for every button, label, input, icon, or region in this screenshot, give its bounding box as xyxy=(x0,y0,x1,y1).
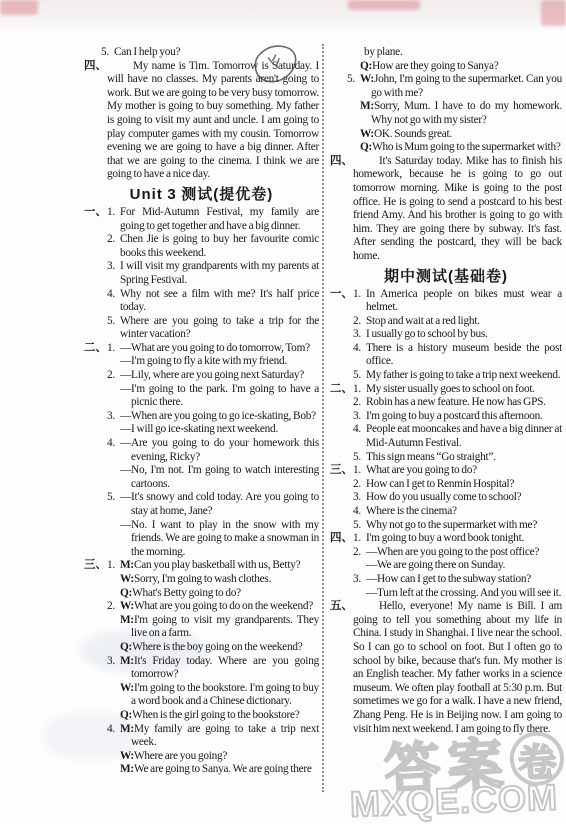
answer-line: —When are you going to the post office? xyxy=(366,546,562,560)
answer-line: My father is going to take a trip next w… xyxy=(366,369,562,383)
answer-item: 5.My father is going to take a trip next… xyxy=(353,369,562,383)
exam-section-title: 期中测试(基础卷) xyxy=(330,267,562,286)
answer-line: W:Sorry, I'm going to wash clothes. xyxy=(120,573,319,587)
answer-item: 1.In America people on bikes must wear a… xyxy=(353,288,562,315)
item-number: 1. xyxy=(353,464,361,478)
right-column: by plane.Q:How are they going to Sanya?5… xyxy=(330,46,562,736)
answer-line: —I'm going to the park. I'm going to hav… xyxy=(120,383,319,410)
answer-line: —We are going there on Sunday. xyxy=(366,559,562,573)
item-number: 2. xyxy=(353,396,361,410)
item-number: 3. xyxy=(353,328,361,342)
item-number: 5. xyxy=(107,315,115,329)
answer-line: Why not see a film with me? It's half pr… xyxy=(120,288,319,315)
answer-line: Q:When is the girl going to the bookstor… xyxy=(120,709,319,723)
speaker-label: W: xyxy=(120,682,134,694)
red-mark xyxy=(348,0,420,10)
answer-line: People eat mooncakes and have a big dinn… xyxy=(366,423,562,450)
answer-line: —Turn left at the crossing. And you will… xyxy=(366,587,562,601)
passage-text: Hello, everyone! My name is Bill. I am g… xyxy=(353,600,562,736)
speaker-label: M: xyxy=(120,723,134,735)
answer-item: 4.There is a history museum beside the p… xyxy=(353,342,562,369)
answer-line: W:OK. Sounds great. xyxy=(360,128,562,142)
answer-line: In America people on bikes must wear a h… xyxy=(366,288,562,315)
item-number: 1. xyxy=(107,342,115,356)
passage-text: It's Saturday today. Mike has to finish … xyxy=(353,155,562,264)
answer-item: 4.Why not see a film with me? It's half … xyxy=(107,288,319,315)
site-watermark: MXQE.COM xyxy=(349,776,558,824)
answer-item: 2.Chen Jie is going to buy her favourite… xyxy=(107,233,319,260)
item-number: 4. xyxy=(353,342,361,356)
answer-line: I'm going to buy a postcard this afterno… xyxy=(366,410,562,424)
answer-item: 5.Where are you going to take a trip for… xyxy=(107,315,319,342)
section-marker: 二、 xyxy=(330,383,353,397)
item-number: 5. xyxy=(353,519,361,533)
answer-items: 1.M:Can you play basketball with us, Bet… xyxy=(107,559,319,777)
item-number: 4. xyxy=(107,288,115,302)
item-number: 3. xyxy=(353,410,361,424)
left-column: 5.Can I help you?四、My name is Tim. Tomor… xyxy=(84,46,319,777)
answer-line: Q:Where is the boy going on the weekend? xyxy=(120,641,319,655)
item-number: 5. xyxy=(353,451,361,465)
answers-section: 三、1.M:Can you play basketball with us, B… xyxy=(84,559,319,777)
answer-line: Where are you going to take a trip for t… xyxy=(120,315,319,342)
answer-line: W:What are you going to do on the weeken… xyxy=(120,600,319,614)
item-number: 2. xyxy=(107,233,115,247)
answer-line: Stop and wait at a red light. xyxy=(366,315,562,329)
section-marker: 五、 xyxy=(330,600,353,614)
item-number: 3. xyxy=(353,491,361,505)
answer-item: 5.—It's snowy and cold today. Are you go… xyxy=(107,491,319,559)
answer-line: —Lily, where are you going next Saturday… xyxy=(120,369,319,383)
speaker-label: Q: xyxy=(360,60,372,72)
passage-block: 五、Hello, everyone! My name is Bill. I am… xyxy=(330,600,562,736)
answer-line: M:My family are going to take a trip nex… xyxy=(120,723,319,750)
answer-line: M:We are going to Sanya. We are going th… xyxy=(120,763,319,777)
answer-line: How can I get to Renmin Hospital? xyxy=(366,478,562,492)
item-number: 2. xyxy=(353,546,361,560)
answer-line: Q:What's Betty going to do? xyxy=(120,587,319,601)
answer-line: W:I'm going to the bookstore. I'm going … xyxy=(120,682,319,709)
answer-items: 1.In America people on bikes must wear a… xyxy=(353,288,562,383)
answer-item: 2.—Lily, where are you going next Saturd… xyxy=(107,369,319,410)
answer-item: 3.How do you usually come to school? xyxy=(353,491,562,505)
answer-line: —How can I get to the subway station? xyxy=(366,573,562,587)
answer-item: 4.—Are you going to do your homework thi… xyxy=(107,437,319,491)
answer-item: 1.I'm going to buy a word book tonight. xyxy=(353,532,562,546)
answer-line: M:It's Friday today. Where are you going… xyxy=(120,655,319,682)
answers-section: 三、1.What are you going to do?2.How can I… xyxy=(330,464,562,532)
answers-section: 一、1.In America people on bikes must wear… xyxy=(330,288,562,383)
item-number: 5. xyxy=(347,73,355,87)
speaker-label: W: xyxy=(120,750,134,762)
exam-section-title: Unit 3 测试(提优卷) xyxy=(84,185,319,204)
workbook-answer-page: 5.Can I help you?四、My name is Tim. Tomor… xyxy=(0,0,566,824)
item-number: 1. xyxy=(107,206,115,220)
speaker-label: W: xyxy=(360,128,374,140)
answer-line: —No. I want to play in the snow with my … xyxy=(120,519,319,560)
answer-line: W:John, I'm going to the supermarket. Ca… xyxy=(360,73,562,100)
answer-line: For Mid-Autumn Festival, my family are g… xyxy=(120,206,319,233)
answer-line: —I'm going to fly a kite with my friend. xyxy=(120,355,319,369)
answer-item: 2.W:What are you going to do on the week… xyxy=(107,600,319,654)
answer-item: 1.—What are you going to do tomorrow, To… xyxy=(107,342,319,369)
speaker-label: W: xyxy=(120,600,134,612)
answers-section: 一、1.For Mid-Autumn Festival, my family a… xyxy=(84,206,319,342)
column-divider xyxy=(322,44,324,792)
item-number: 2. xyxy=(353,478,361,492)
answer-item: 1.For Mid-Autumn Festival, my family are… xyxy=(107,206,319,233)
item-number: 4. xyxy=(107,723,115,737)
answer-line: —I will go ice-skating next weekend. xyxy=(120,423,319,437)
answer-items: 1.For Mid-Autumn Festival, my family are… xyxy=(107,206,319,342)
answers-section: 四、1.I'm going to buy a word book tonight… xyxy=(330,532,562,600)
answer-item: 4.People eat mooncakes and have a big di… xyxy=(353,423,562,450)
answer-line: W:Where are you going? xyxy=(120,750,319,764)
answer-line: Q:How are they going to Sanya? xyxy=(360,60,562,74)
red-mark xyxy=(0,0,38,15)
answer-line: This sign means “Go straight”. xyxy=(366,451,562,465)
item-number: 5. xyxy=(353,369,361,383)
answer-line: Chen Jie is going to buy her favourite c… xyxy=(120,233,319,260)
section-marker: 三、 xyxy=(84,559,107,573)
answer-item: 3.I'm going to buy a postcard this after… xyxy=(353,410,562,424)
speaker-label: M: xyxy=(120,655,134,667)
answer-item: 1.What are you going to do? xyxy=(353,464,562,478)
answer-item: 3.M:It's Friday today. Where are you goi… xyxy=(107,655,319,723)
item-number: 2. xyxy=(107,600,115,614)
answer-item: 1.M:Can you play basketball with us, Bet… xyxy=(107,559,319,600)
item-number: 3. xyxy=(353,573,361,587)
item-number: 4. xyxy=(353,423,361,437)
red-mark xyxy=(541,0,566,26)
answer-line: M:Sorry, Mum. I have to do my homework. … xyxy=(360,100,562,127)
answer-line: There is a history museum beside the pos… xyxy=(366,342,562,369)
speaker-label: W: xyxy=(360,73,374,85)
section-marker: 四、 xyxy=(330,532,353,546)
item-number: 4. xyxy=(107,437,115,451)
answer-line: I usually go to school by bus. xyxy=(366,328,562,342)
answer-item: 1.My sister usually goes to school on fo… xyxy=(353,383,562,397)
answers-section: 二、1.My sister usually goes to school on … xyxy=(330,383,562,465)
answers-section: 二、1.—What are you going to do tomorrow, … xyxy=(84,342,319,560)
answer-item: 2.—When are you going to the post office… xyxy=(353,546,562,573)
scribble-stamp-icon xyxy=(245,42,303,89)
answer-line: —It's snowy and cold today. Are you goin… xyxy=(120,491,319,518)
answer-items: 1.I'm going to buy a word book tonight.2… xyxy=(353,532,562,600)
item-number: 2. xyxy=(107,369,115,383)
speaker-label: M: xyxy=(120,559,134,571)
speaker-label: Q: xyxy=(120,641,132,653)
item-number: 1. xyxy=(353,532,361,546)
speaker-label: Q: xyxy=(120,709,132,721)
item-number: 3. xyxy=(107,655,115,669)
answer-items: by plane.Q:How are they going to Sanya?5… xyxy=(347,46,562,155)
answer-item: 4.Where is the cinema? xyxy=(353,505,562,519)
answer-line: How do you usually come to school? xyxy=(366,491,562,505)
answer-line: Robin has a new feature. He now has GPS. xyxy=(366,396,562,410)
section-marker: 二、 xyxy=(84,342,107,356)
answer-line: I will visit my grandparents with my par… xyxy=(120,260,319,287)
item-number: 1. xyxy=(353,383,361,397)
answer-item: by plane.Q:How are they going to Sanya? xyxy=(347,46,562,73)
speaker-label: M: xyxy=(120,763,134,775)
item-number: 3. xyxy=(107,260,115,274)
answer-item: 2.How can I get to Renmin Hospital? xyxy=(353,478,562,492)
item-number: 5. xyxy=(101,46,109,60)
answers-section: by plane.Q:How are they going to Sanya?5… xyxy=(330,46,562,155)
answer-line: M:Can you play basketball with us, Betty… xyxy=(120,559,319,573)
answer-item: 4.M:My family are going to take a trip n… xyxy=(107,723,319,777)
speaker-label: M: xyxy=(360,100,374,112)
answer-line: —When are you going to go ice-skating, B… xyxy=(120,410,319,424)
section-marker: 一、 xyxy=(330,288,353,302)
speaker-label: M: xyxy=(120,614,134,626)
item-number: 3. xyxy=(107,410,115,424)
speaker-label: W: xyxy=(120,573,134,585)
speaker-label: Q: xyxy=(360,141,372,153)
answer-items: 1.What are you going to do?2.How can I g… xyxy=(353,464,562,532)
answer-line: My sister usually goes to school on foot… xyxy=(366,383,562,397)
answer-line: —What are you going to do tomorrow, Tom? xyxy=(120,342,319,356)
passage-block: 四、It's Saturday today. Mike has to finis… xyxy=(330,155,562,264)
answer-item: 3.I usually go to school by bus. xyxy=(353,328,562,342)
section-marker: 一、 xyxy=(84,206,107,220)
answer-line: by plane. xyxy=(360,46,562,60)
answer-item: 5.W:John, I'm going to the supermarket. … xyxy=(347,73,562,155)
answer-item: 3.—How can I get to the subway station?—… xyxy=(353,573,562,600)
scan-noise-band xyxy=(0,0,566,34)
item-number: 1. xyxy=(353,288,361,302)
answer-item: 3.—When are you going to go ice-skating,… xyxy=(107,410,319,437)
answer-item: 2.Robin has a new feature. He now has GP… xyxy=(353,396,562,410)
answer-item: 3.I will visit my grandparents with my p… xyxy=(107,260,319,287)
item-number: 4. xyxy=(353,505,361,519)
answer-line: Q:Who is Mum going to the supermarket wi… xyxy=(360,141,562,155)
section-marker: 四、 xyxy=(84,60,107,74)
item-number: 2. xyxy=(353,315,361,329)
answer-items: 1.—What are you going to do tomorrow, To… xyxy=(107,342,319,560)
answer-item: 5.Why not go to the supermarket with me? xyxy=(353,519,562,533)
answer-line: Where is the cinema? xyxy=(366,505,562,519)
answer-item: 5.This sign means “Go straight”. xyxy=(353,451,562,465)
speaker-label: Q: xyxy=(120,587,132,599)
answer-line: I'm going to buy a word book tonight. xyxy=(366,532,562,546)
answer-line: What are you going to do? xyxy=(366,464,562,478)
answer-line: M:I'm going to visit my grandparents. Th… xyxy=(120,614,319,641)
answer-item: 2.Stop and wait at a red light. xyxy=(353,315,562,329)
item-number: 1. xyxy=(107,559,115,573)
answer-items: 1.My sister usually goes to school on fo… xyxy=(353,383,562,465)
item-number: 5. xyxy=(107,491,115,505)
answer-line: Why not go to the supermarket with me? xyxy=(366,519,562,533)
answer-line: —Are you going to do your homework this … xyxy=(120,437,319,464)
answer-line: —No, I'm not. I'm going to watch interes… xyxy=(120,464,319,491)
section-marker: 四、 xyxy=(330,155,353,169)
section-marker: 三、 xyxy=(330,464,353,478)
